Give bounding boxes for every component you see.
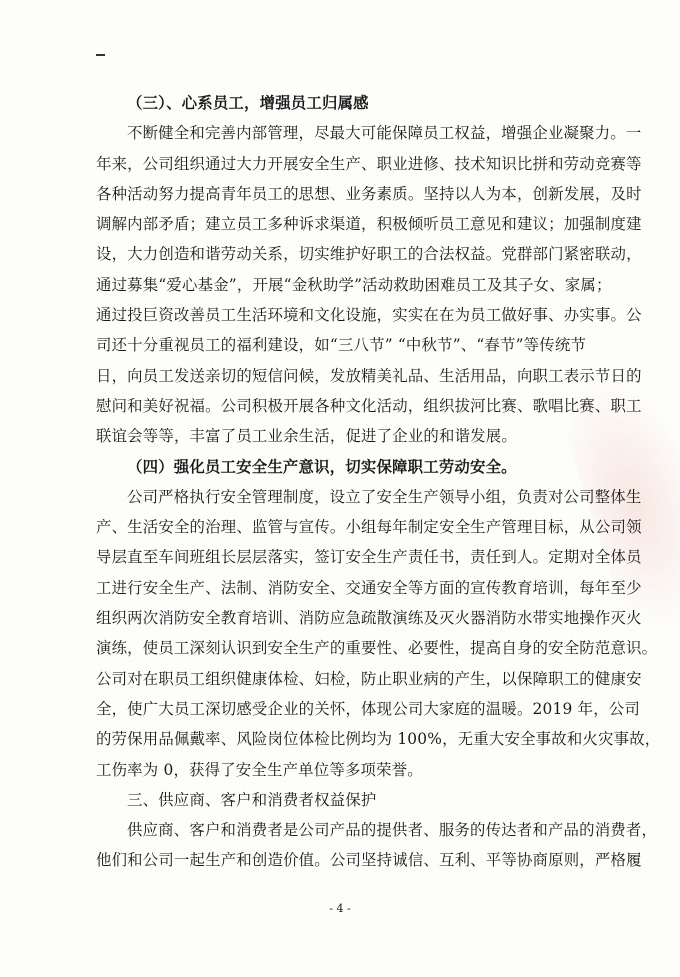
paragraph-line: 司还十分重视员工的福利建设，如“三八节” “中秋节”、“春节”等传统节 — [96, 330, 562, 360]
paragraph-line: 全，使广大员工深切感受企业的关怀，体现公司大家庭的温暖。2019 年，公司 — [96, 694, 562, 724]
paragraph-line: 工伤率为 0，获得了安全生产单位等多项荣誉。 — [96, 755, 562, 785]
paragraph-line: 设，大力创造和谐劳动关系，切实维护好职工的合法权益。党群部门紧密联动， — [96, 239, 562, 269]
paragraph-line: 他们和公司一起生产和创造价值。公司坚持诚信、互利、平等协商原则，严格履 — [96, 845, 562, 875]
chapter-heading-3: 三、供应商、客户和消费者权益保护 — [96, 785, 562, 815]
paragraph-line: 公司严格执行安全管理制度，设立了安全生产领导小组，负责对公司整体生 — [96, 482, 562, 512]
paragraph-line: 通过投巨资改善员工生活环境和文化设施，实实在在为员工做好事、办实事。公 — [96, 300, 562, 330]
paragraph-line: 各种活动努力提高青年员工的思想、业务素质。坚持以人为本，创新发展，及时 — [96, 179, 562, 209]
paragraph-line: 组织两次消防安全教育培训、消防应急疏散演练及灭火器消防水带实地操作灭火 — [96, 603, 562, 633]
top-mark — [96, 54, 105, 56]
paragraph-line: 导层直至车间班组长层层落实，签订安全生产责任书，责任到人。定期对全体员 — [96, 542, 562, 572]
paragraph-line: 调解内部矛盾；建立员工多种诉求渠道，积极倾听员工意见和建议；加强制度建 — [96, 209, 562, 239]
paragraph-line: 联谊会等等，丰富了员工业余生活，促进了企业的和谐发展。 — [96, 421, 562, 451]
paragraph-line: 通过募集“爱心基金”，开展“金秋助学”活动救助困难员工及其子女、家属； — [96, 270, 562, 300]
page-number: - 4 - — [0, 902, 680, 915]
paragraph-line: 工进行安全生产、法制、消防安全、交通安全等方面的宣传教育培训，每年至少 — [96, 573, 562, 603]
paragraph-line: 不断健全和完善内部管理，尽最大可能保障员工权益，增强企业凝聚力。一 — [96, 118, 562, 148]
section-heading-3: （三）、心系员工，增强员工归属感 — [96, 88, 562, 118]
section-heading-4: （四）强化员工安全生产意识，切实保障职工劳动安全。 — [96, 452, 562, 482]
paragraph-line: 产、生活安全的治理、监管与宣传。小组每年制定安全生产管理目标，从公司领 — [96, 512, 562, 542]
paragraph-line: 的劳保用品佩戴率、风险岗位体检比例均为 100%，无重大安全事故和火灾事故， — [96, 724, 562, 754]
paragraph-line: 慰问和美好祝福。公司积极开展各种文化活动，组织拔河比赛、歌唱比赛、职工 — [96, 391, 562, 421]
paragraph-line: 供应商、客户和消费者是公司产品的提供者、服务的传达者和产品的消费者， — [96, 815, 562, 845]
paragraph-line: 年来，公司组织通过大力开展安全生产、职业进修、技术知识比拼和劳动竞赛等 — [96, 149, 562, 179]
paragraph-line: 公司对在职员工组织健康体检、妇检，防止职业病的产生，以保障职工的健康安 — [96, 664, 562, 694]
paragraph-line: 演练，使员工深刻认识到安全生产的重要性、必要性，提高自身的安全防范意识。 — [96, 633, 562, 663]
paragraph-line: 日，向员工发送亲切的短信问候，发放精美礼品、生活用品，向职工表示节日的 — [96, 361, 562, 391]
document-body: （三）、心系员工，增强员工归属感 不断健全和完善内部管理，尽最大可能保障员工权益… — [96, 88, 562, 876]
